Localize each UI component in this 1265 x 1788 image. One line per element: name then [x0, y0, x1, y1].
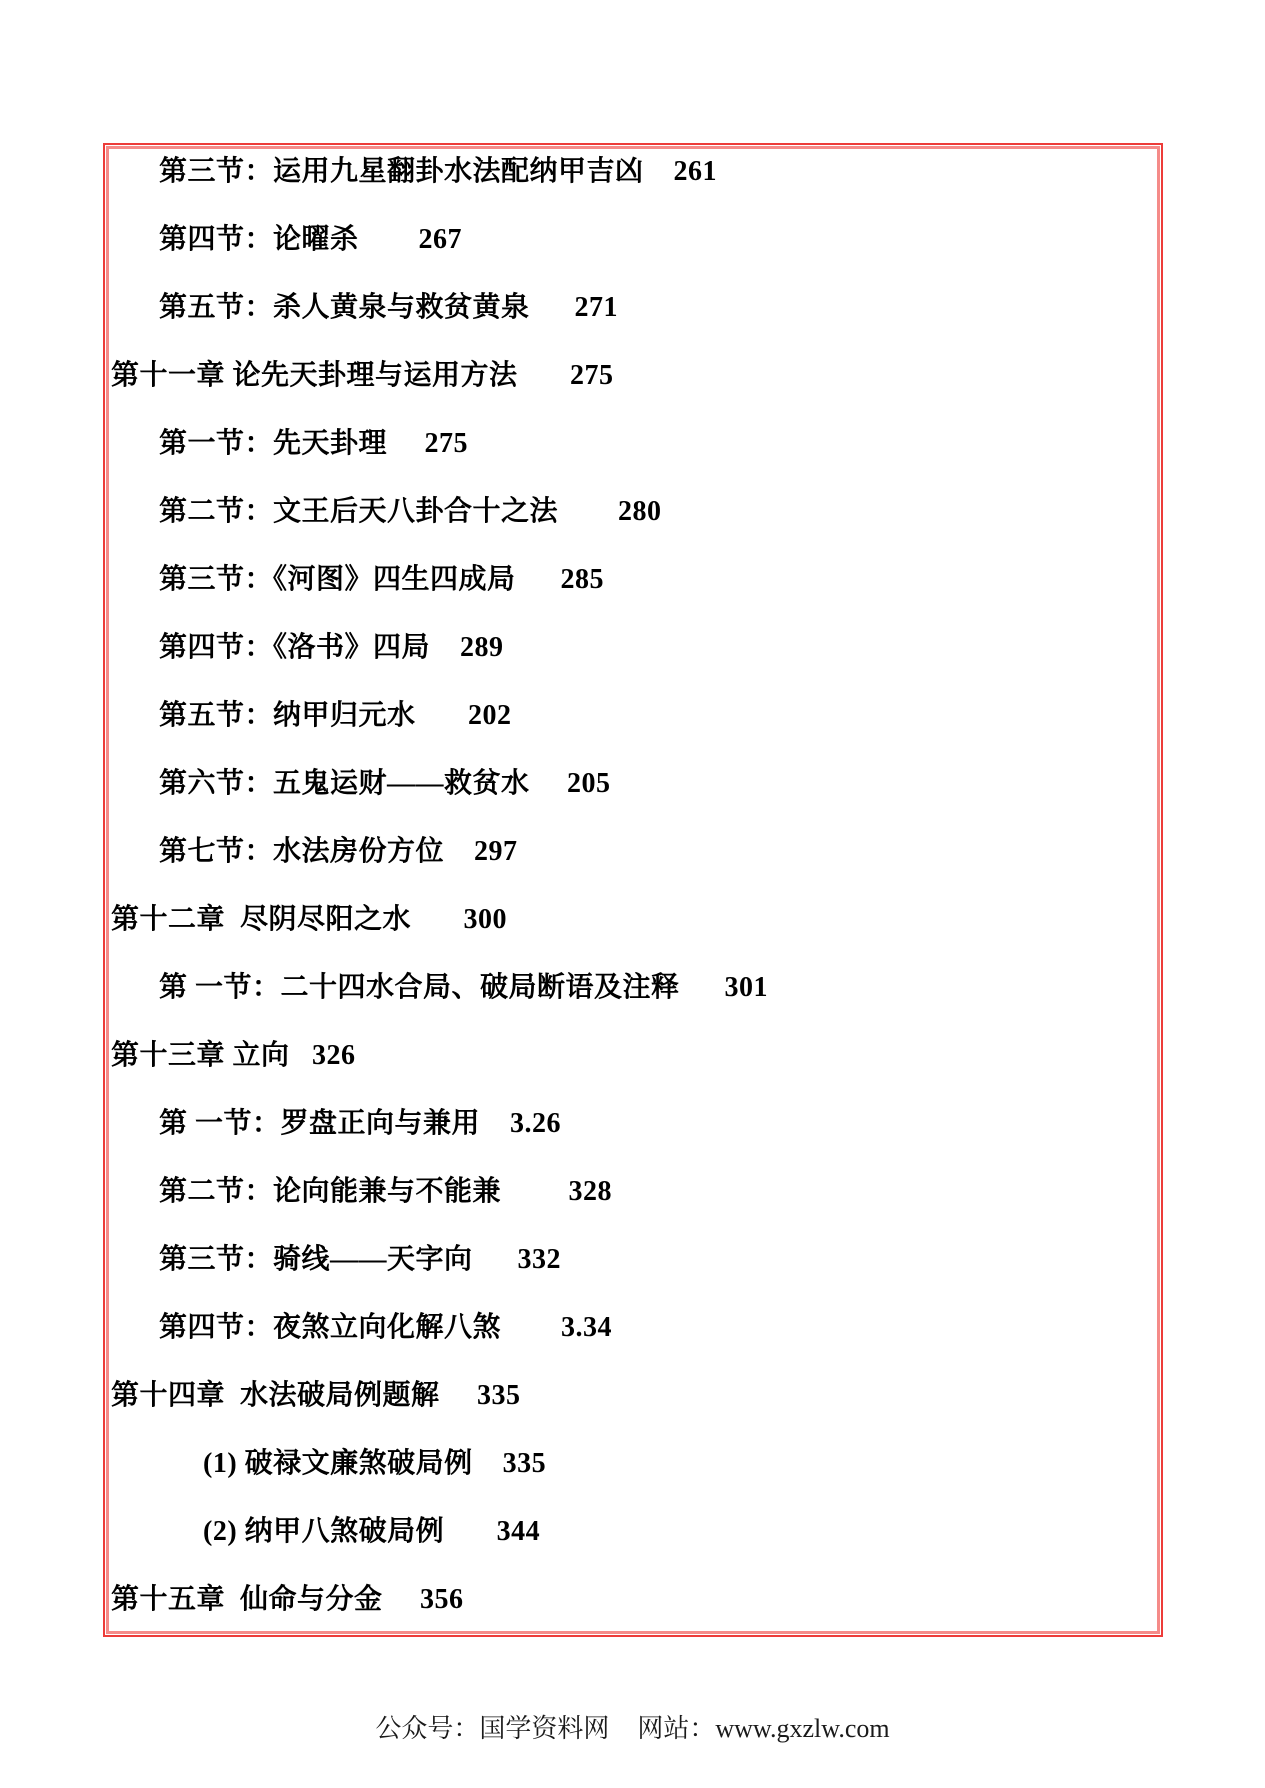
- toc-border-box-inner: 第三节：运用九星翻卦水法配纳甲吉凶 261第四节：论曜杀 267第五节：杀人黄泉…: [106, 146, 1160, 1634]
- toc-entry-section: 第一节：先天卦理 275: [109, 423, 1157, 491]
- toc-entry-chapter: 第十三章 立向 326: [109, 1035, 1157, 1103]
- toc-entry-section: 第四节：论曜杀 267: [109, 219, 1157, 287]
- toc-entry-section: 第二节：文王后天八卦合十之法 280: [109, 491, 1157, 559]
- page-footer: 公众号：国学资料网网站：www.gxzlw.com: [0, 1708, 1265, 1745]
- toc-entry-section: 第六节：五鬼运财——救贫水 205: [109, 763, 1157, 831]
- document-page: 第三节：运用九星翻卦水法配纳甲吉凶 261第四节：论曜杀 267第五节：杀人黄泉…: [0, 0, 1265, 1788]
- toc-entry-item: (1) 破禄文廉煞破局例 335: [109, 1443, 1157, 1511]
- toc-entry-section: 第五节：纳甲归元水 202: [109, 695, 1157, 763]
- toc-entry-chapter: 第十一章 论先天卦理与运用方法 275: [109, 355, 1157, 423]
- toc-entry-chapter: 第十五章 仙命与分金 356: [109, 1579, 1157, 1634]
- toc-entry-section: 第七节：水法房份方位 297: [109, 831, 1157, 899]
- toc-entry-section: 第二节：论向能兼与不能兼 328: [109, 1171, 1157, 1239]
- toc-entry-section: 第五节：杀人黄泉与救贫黄泉 271: [109, 287, 1157, 355]
- toc-entry-section: 第四节：夜煞立向化解八煞 3.34: [109, 1307, 1157, 1375]
- toc-entry-chapter: 第十二章 尽阴尽阳之水 300: [109, 899, 1157, 967]
- footer-website: 网站：www.gxzlw.com: [637, 1714, 889, 1743]
- toc-entry-section: 第三节：骑线——天字向 332: [109, 1239, 1157, 1307]
- toc-border-box: 第三节：运用九星翻卦水法配纳甲吉凶 261第四节：论曜杀 267第五节：杀人黄泉…: [103, 143, 1163, 1637]
- toc-entry-item: (2) 纳甲八煞破局例 344: [109, 1511, 1157, 1579]
- toc-entry-chapter: 第十四章 水法破局例题解 335: [109, 1375, 1157, 1443]
- toc-entry-section: 第 一节：二十四水合局、破局断语及注释 301: [109, 967, 1157, 1035]
- toc-entry-section: 第三节：《河图》四生四成局 285: [109, 559, 1157, 627]
- toc-entry-section: 第 一节：罗盘正向与兼用 3.26: [109, 1103, 1157, 1171]
- toc-entry-section: 第三节：运用九星翻卦水法配纳甲吉凶 261: [109, 151, 1157, 219]
- footer-wechat-account: 公众号：国学资料网: [375, 1714, 609, 1743]
- toc-list: 第三节：运用九星翻卦水法配纳甲吉凶 261第四节：论曜杀 267第五节：杀人黄泉…: [109, 151, 1157, 1634]
- toc-entry-section: 第四节：《洛书》四局 289: [109, 627, 1157, 695]
